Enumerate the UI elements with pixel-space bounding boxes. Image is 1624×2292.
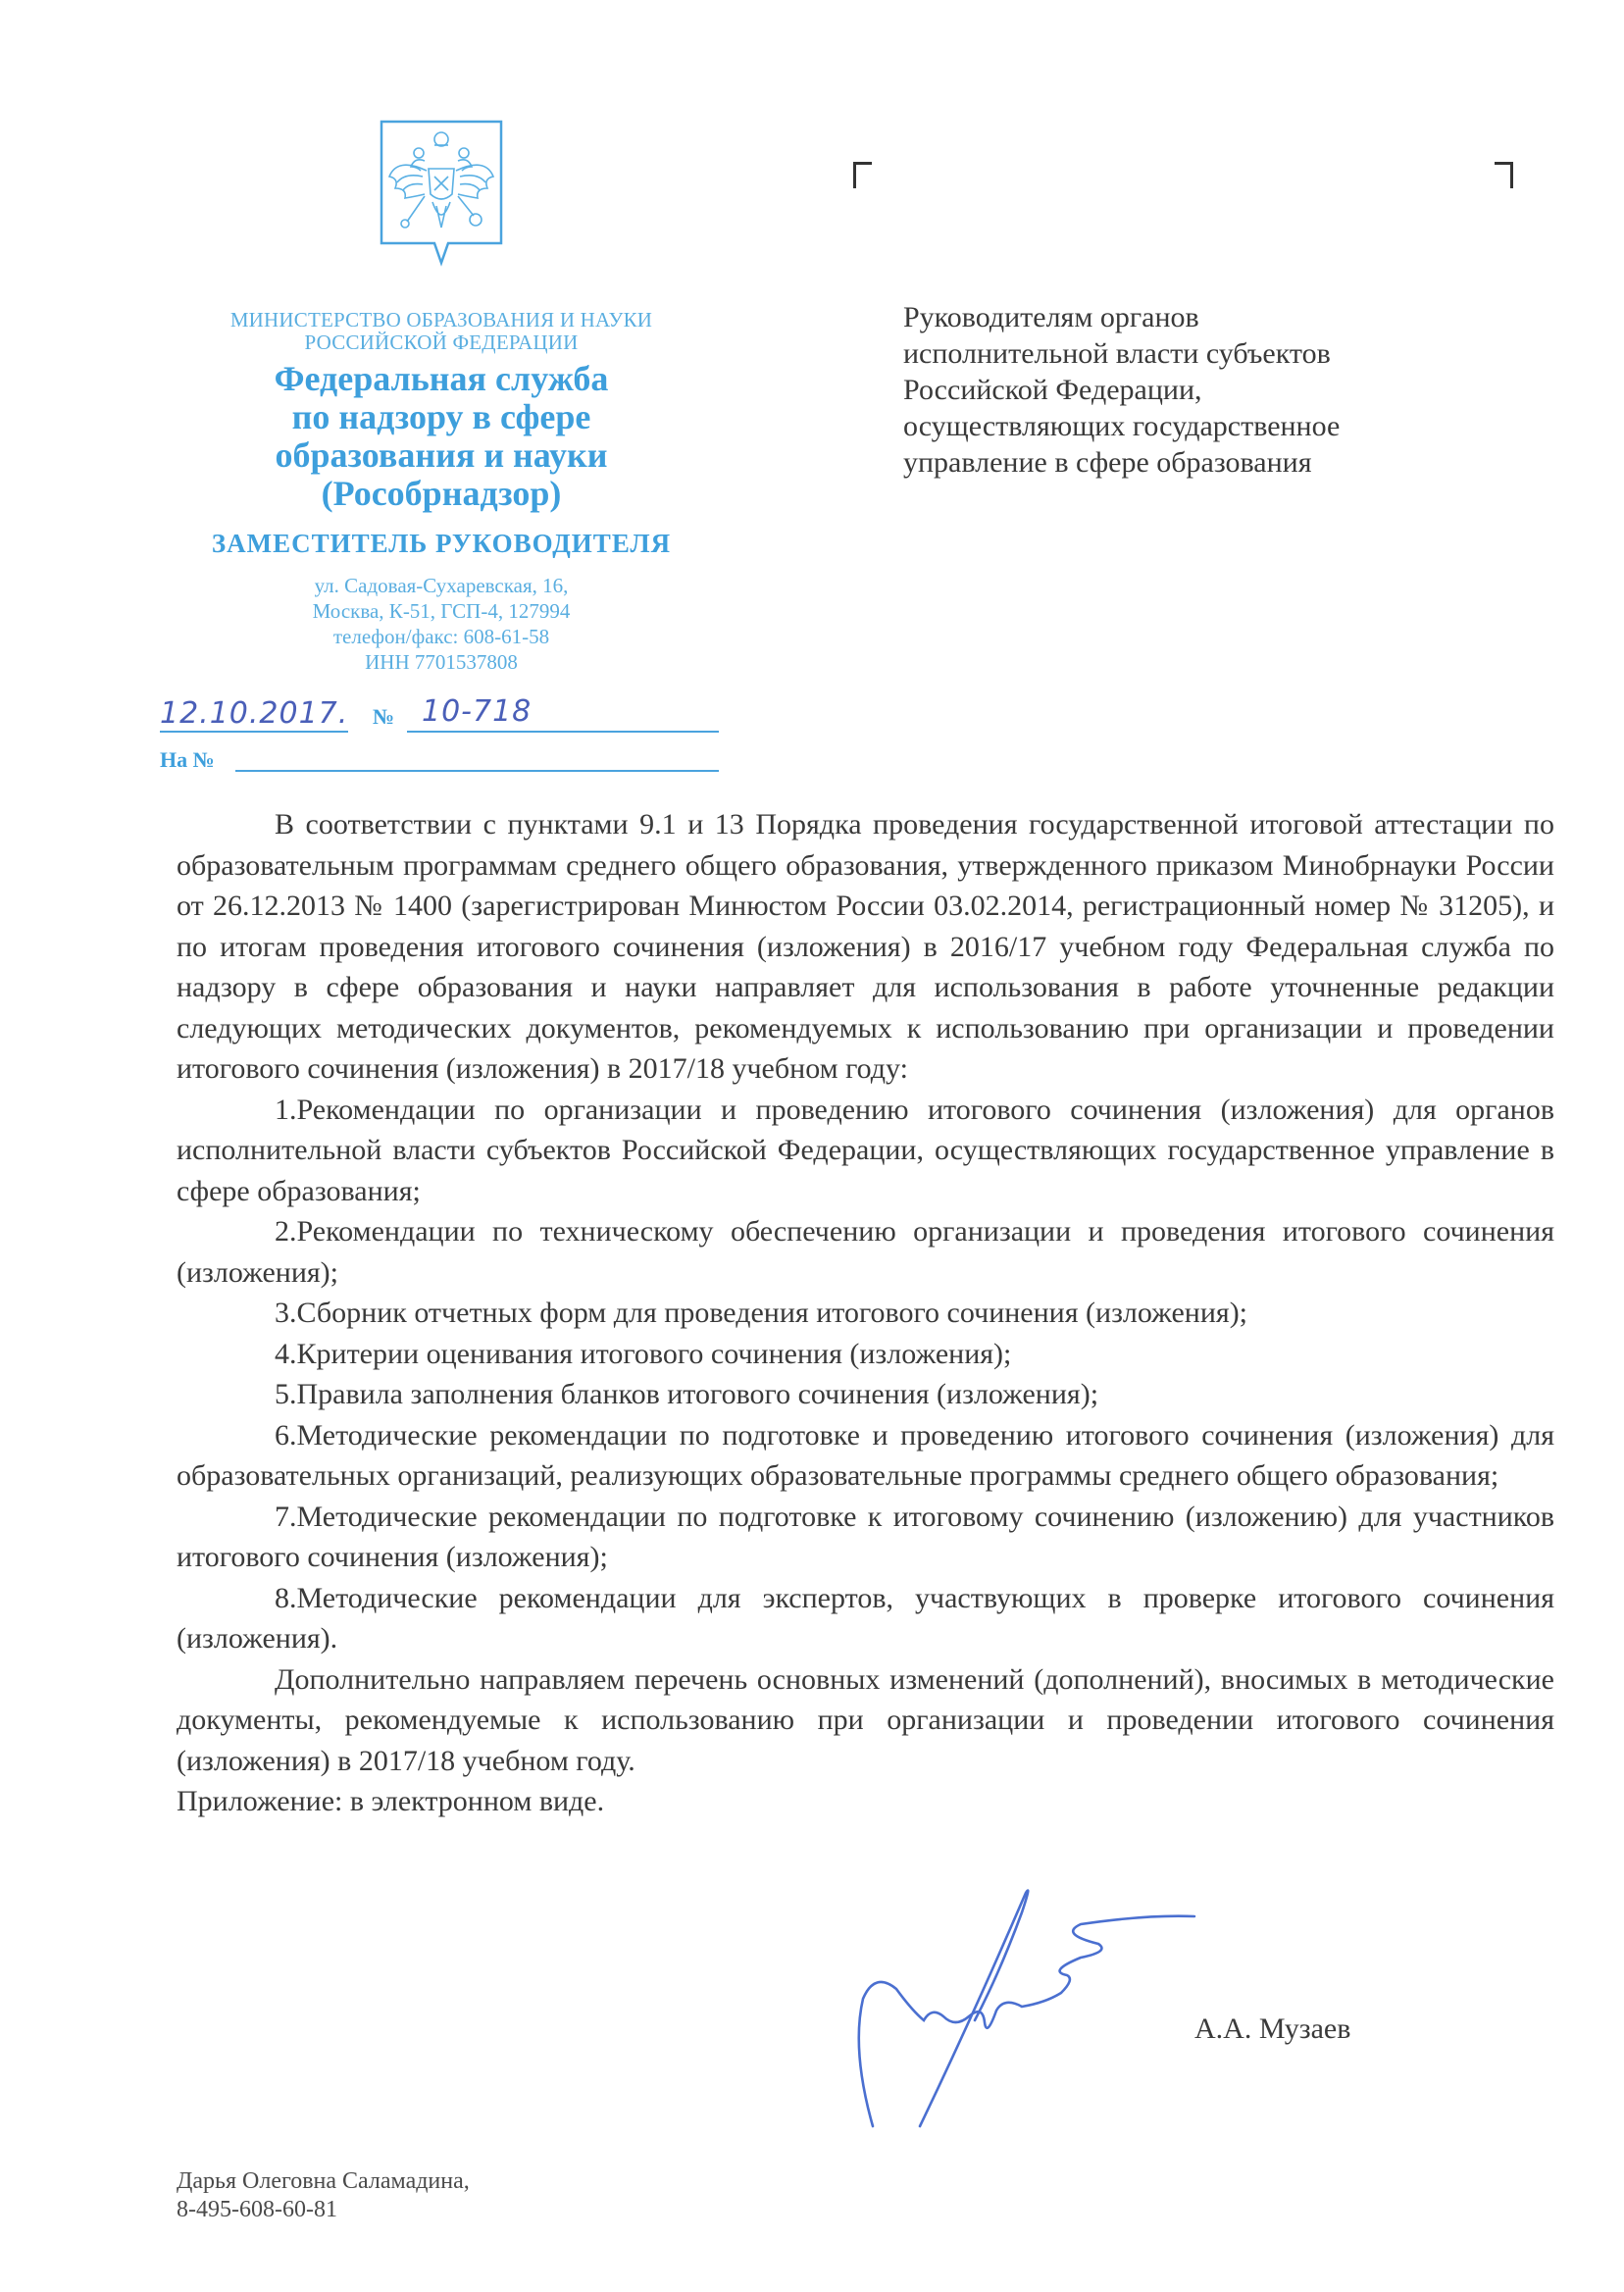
ministry-name: МИНИСТЕРСТВО ОБРАЗОВАНИЯ И НАУКИ РОССИЙС…: [147, 309, 736, 354]
number-label: №: [373, 704, 394, 730]
address-corner-right: [1495, 162, 1513, 188]
reply-to-underline: [235, 770, 719, 772]
coat-of-arms-icon: [378, 118, 505, 270]
letterhead: МИНИСТЕРСТВО ОБРАЗОВАНИЯ И НАУКИ РОССИЙС…: [147, 118, 736, 675]
letter-body: В соответствии с пунктами 9.1 и 13 Поряд…: [177, 804, 1554, 1822]
number-underline: [407, 731, 719, 733]
registration-number: 10-718: [422, 694, 532, 729]
position-title: ЗАМЕСТИТЕЛЬ РУКОВОДИТЕЛЯ: [147, 529, 736, 559]
list-item: 4.Критерии оценивания итогового сочинени…: [177, 1334, 1554, 1375]
intro-paragraph: В соответствии с пунктами 9.1 и 13 Поряд…: [177, 804, 1554, 1090]
address-block: ул. Садовая-Сухаревская, 16, Москва, К-5…: [147, 573, 736, 675]
address-corner-left: [853, 162, 872, 188]
list-item: 3.Сборник отчетных форм для проведения и…: [177, 1293, 1554, 1334]
list-item: 6.Методические рекомендации по подготовк…: [177, 1415, 1554, 1497]
list-item: 8.Методические рекомендации для эксперто…: [177, 1578, 1554, 1659]
list-item: 1.Рекомендации по организации и проведен…: [177, 1090, 1554, 1212]
list-item: 7.Методические рекомендации по подготовк…: [177, 1497, 1554, 1578]
addressee-block: Руководителям органов исполнительной вла…: [903, 299, 1511, 481]
executor-name: Дарья Олеговна Саламадина,: [177, 2167, 470, 2196]
signature-icon: [853, 1873, 1344, 2128]
reply-to-label: На №: [160, 747, 215, 773]
attachment-note: Приложение: в электронном виде.: [177, 1781, 1554, 1822]
registration-date: 12.10.2017.: [160, 696, 348, 731]
list-item: 5.Правила заполнения бланков итогового с…: [177, 1374, 1554, 1415]
list-item: 2.Рекомендации по техническому обеспечен…: [177, 1211, 1554, 1293]
executor-phone: 8-495-608-60-81: [177, 2196, 470, 2224]
signer-name: А.А. Музаев: [1194, 2012, 1350, 2046]
additional-paragraph: Дополнительно направляем перечень основн…: [177, 1659, 1554, 1782]
executor-contact: Дарья Олеговна Саламадина, 8-495-608-60-…: [177, 2167, 470, 2224]
service-name: Федеральная служба по надзору в сфере об…: [147, 360, 736, 513]
date-underline: [160, 731, 348, 733]
